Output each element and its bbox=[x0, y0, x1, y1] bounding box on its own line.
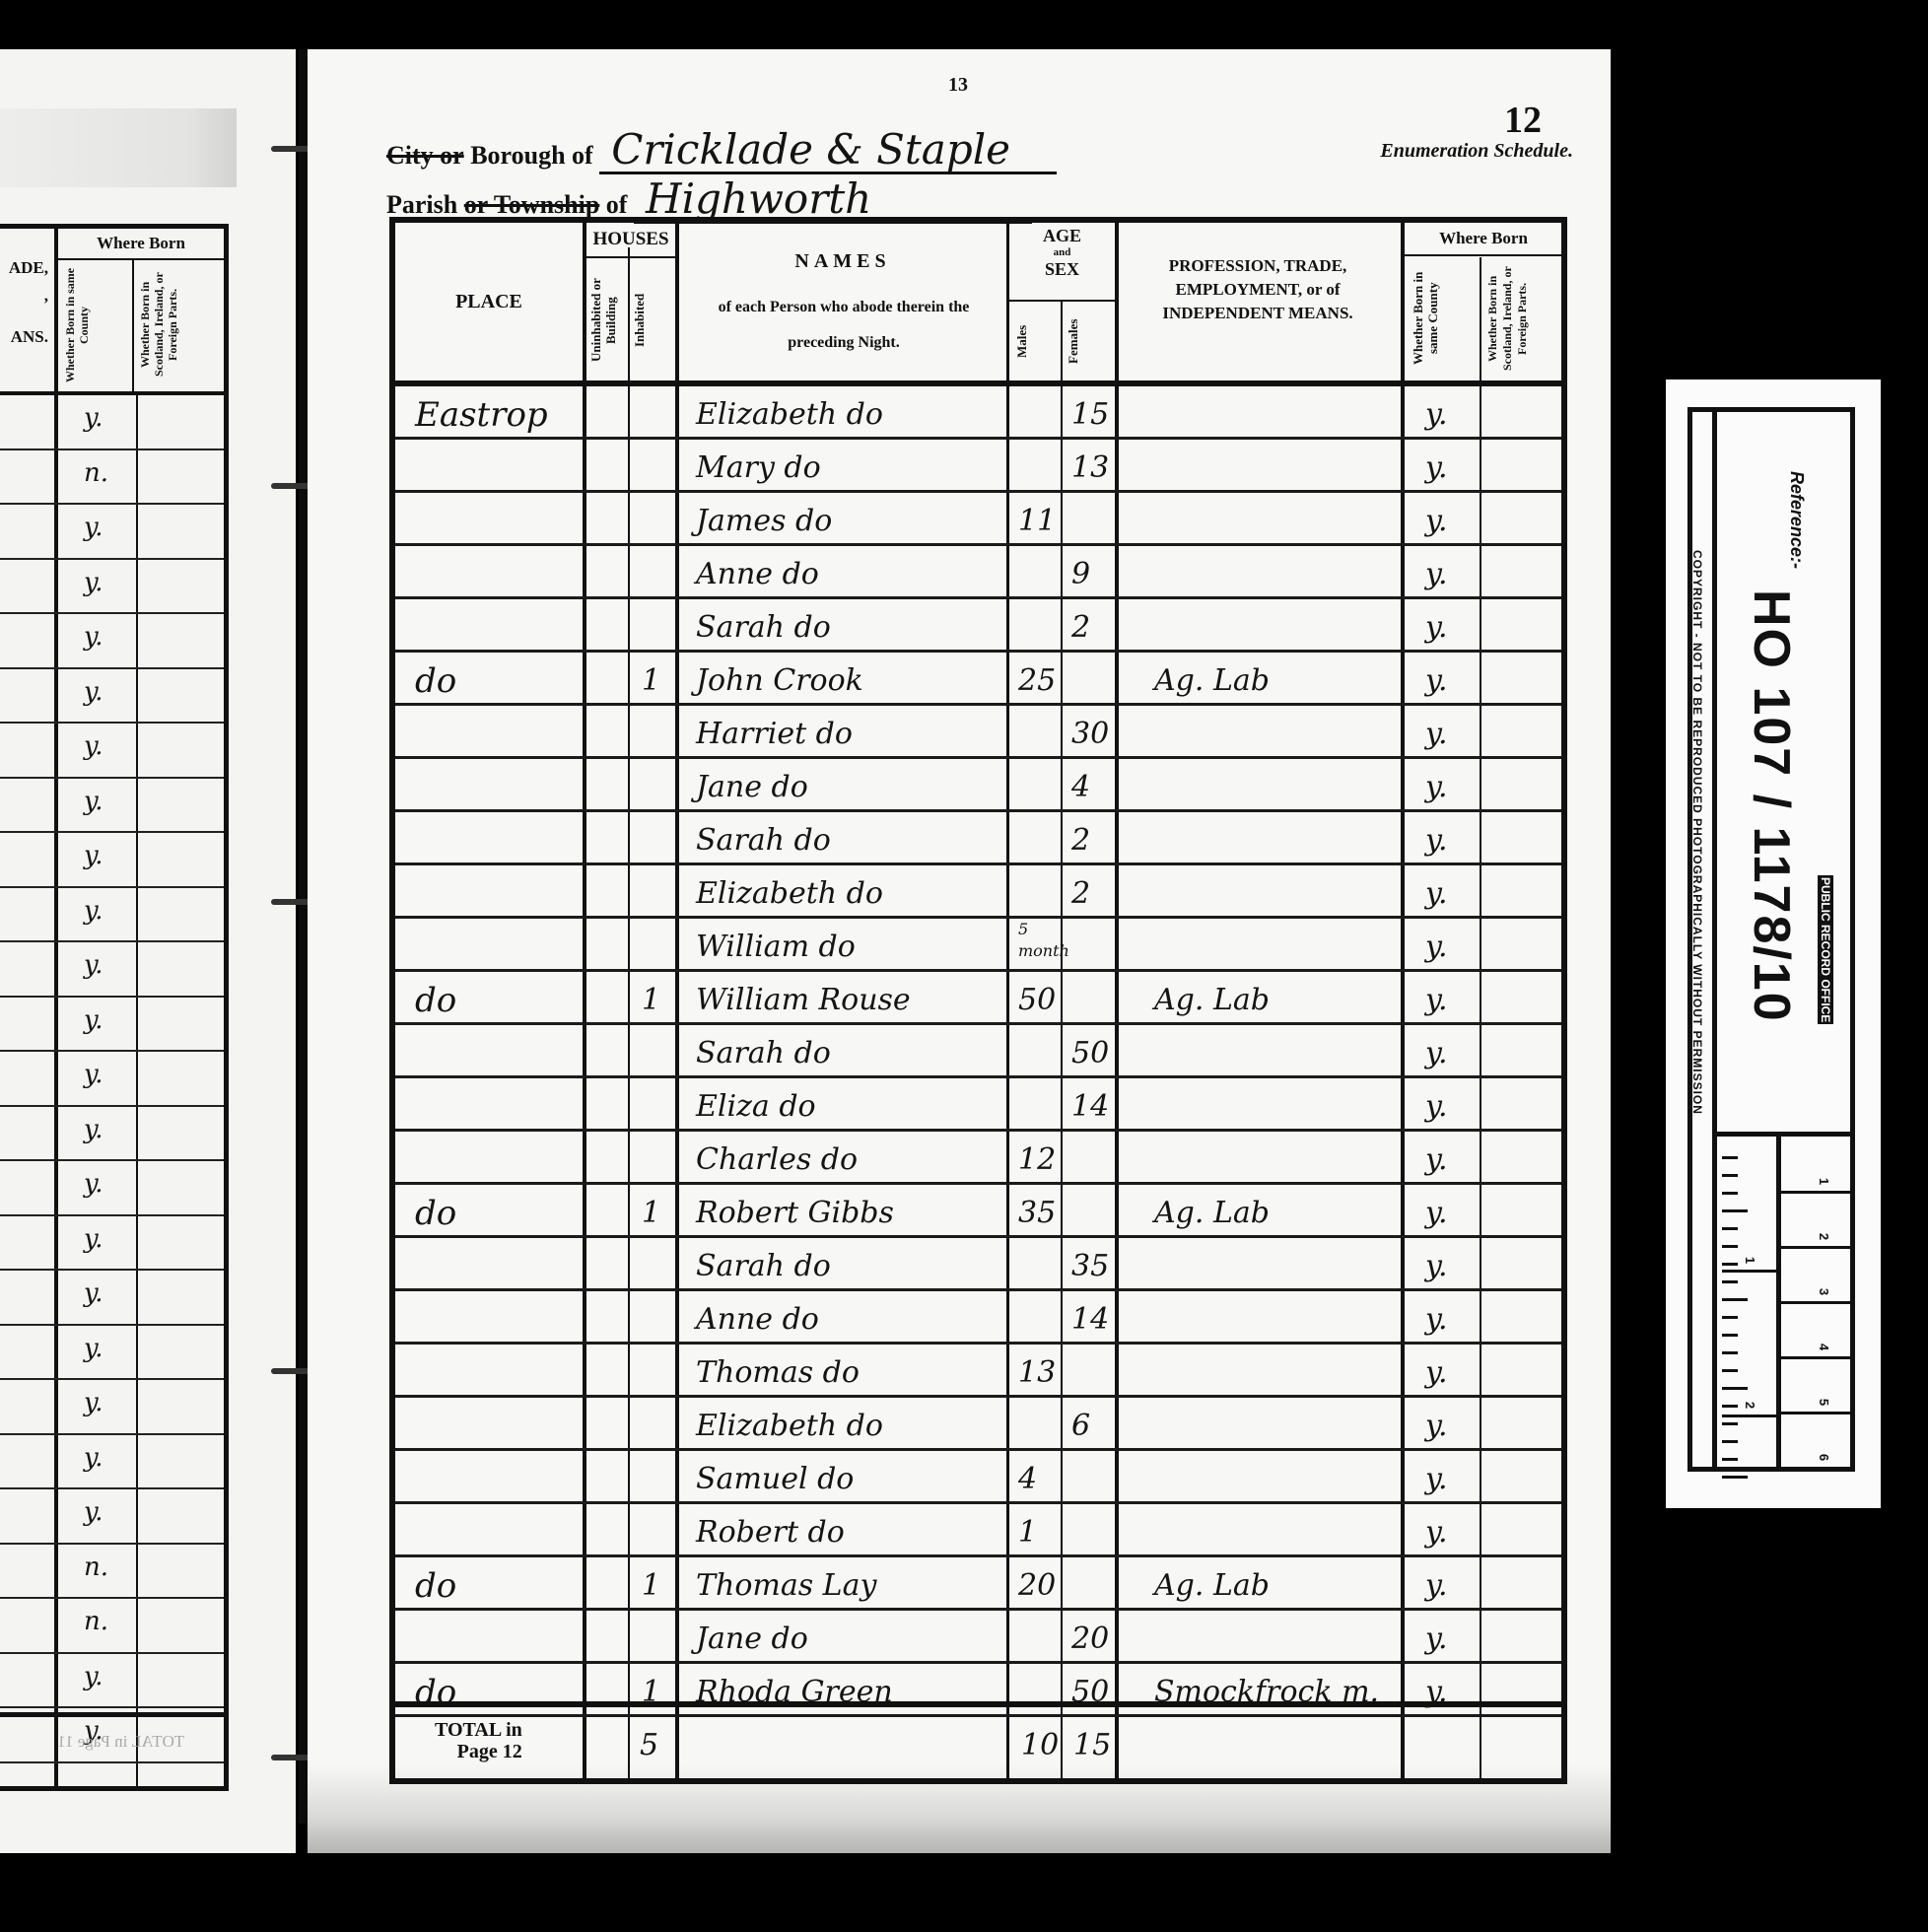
copyright-notice: COPYRIGHT - NOT TO BE REPRODUCED PHOTOGR… bbox=[1690, 550, 1704, 1115]
born-in-county-cell: y. bbox=[1425, 706, 1448, 759]
ruler-tick bbox=[1722, 1440, 1738, 1443]
born-in-county-value: y. bbox=[84, 731, 103, 761]
previous-page-row: n. bbox=[0, 450, 224, 506]
table-row: Sarah do50y. bbox=[395, 1025, 1561, 1078]
place-cell: Eastrop bbox=[415, 386, 548, 440]
ruler-cm-mark: 1 bbox=[1817, 1178, 1831, 1185]
male-age-cell: 1 bbox=[1018, 1504, 1037, 1557]
female-age-cell: 35 bbox=[1071, 1238, 1109, 1291]
name-cell: William do bbox=[696, 919, 856, 972]
enumeration-table: PLACE HOUSES Uninhabited or Building Inh… bbox=[389, 217, 1567, 1784]
previous-page-row: y. bbox=[0, 1326, 224, 1381]
struck-township-label: or Township bbox=[464, 190, 600, 219]
born-in-county-cell: y. bbox=[1425, 440, 1448, 493]
inhabited-cell: 1 bbox=[642, 1557, 660, 1611]
born-in-county-cell: y. bbox=[1425, 1078, 1448, 1132]
born-in-county-cell: y. bbox=[1425, 1025, 1448, 1078]
table-row: Thomas do13y. bbox=[395, 1345, 1561, 1398]
female-age-cell: 2 bbox=[1071, 812, 1090, 865]
born-in-county-cell: y. bbox=[1425, 1132, 1448, 1185]
name-cell: Elizabeth do bbox=[696, 386, 883, 440]
table-row: James do11y. bbox=[395, 493, 1561, 546]
born-in-county-value: y. bbox=[84, 513, 103, 542]
table-row: do1John Crook25Ag. Laby. bbox=[395, 653, 1561, 706]
previous-page-row: y. bbox=[0, 1216, 224, 1272]
previous-page-row: y. bbox=[0, 505, 224, 560]
born-in-county-cell: y. bbox=[1425, 759, 1448, 812]
female-age-cell: 4 bbox=[1071, 759, 1090, 812]
table-row: Elizabeth do2y. bbox=[395, 865, 1561, 919]
name-cell: Eliza do bbox=[696, 1078, 816, 1132]
table-row: Samuel do4y. bbox=[395, 1451, 1561, 1504]
record-office-label: PUBLIC RECORD OFFICE bbox=[1818, 875, 1833, 1024]
profession-cell: Ag. Lab bbox=[1154, 1185, 1270, 1238]
born-in-county-value: y. bbox=[84, 950, 103, 980]
reference-code: HO 107 / 1178/10 bbox=[1742, 589, 1801, 1023]
table-row: William do5 monthy. bbox=[395, 919, 1561, 972]
born-in-county-cell: y. bbox=[1425, 919, 1448, 972]
previous-page-row: y. bbox=[0, 1380, 224, 1435]
previous-page-row: y. bbox=[0, 614, 224, 669]
born-in-county-value: y. bbox=[84, 1115, 103, 1144]
born-in-county-value: y. bbox=[84, 622, 103, 652]
previous-page-row: n. bbox=[0, 1599, 224, 1654]
same-county-header: Whether Born in same County bbox=[63, 258, 134, 391]
male-age-cell: 35 bbox=[1018, 1185, 1056, 1238]
inhabited-cell: 1 bbox=[642, 1185, 660, 1238]
borough-label: Borough of bbox=[470, 141, 593, 170]
ruler-tick bbox=[1722, 1209, 1748, 1212]
male-age-cell: 12 bbox=[1018, 1132, 1056, 1185]
table-row: Anne do14y. bbox=[395, 1291, 1561, 1345]
total-inhabited: 5 bbox=[640, 1717, 658, 1770]
bleed-through-text bbox=[0, 108, 237, 187]
borough-value: Cricklade & Staple bbox=[599, 128, 1057, 174]
previous-page-table: ADE, , ANS. Where Born Whether Born in s… bbox=[0, 224, 229, 1791]
folio-stamp: 13 bbox=[948, 74, 968, 97]
ruler-tick bbox=[1722, 1458, 1738, 1461]
name-cell: Sarah do bbox=[696, 1238, 831, 1291]
measurement-ruler: 12345612 bbox=[1717, 1132, 1850, 1467]
name-cell: Elizabeth do bbox=[696, 1398, 883, 1451]
previous-page-row: y. bbox=[0, 1107, 224, 1162]
table-row: Elizabeth do6y. bbox=[395, 1398, 1561, 1451]
total-label: TOTAL in Page 12 bbox=[435, 1719, 522, 1762]
struck-city-label: City or bbox=[386, 141, 464, 170]
ruler-tick bbox=[1722, 1245, 1738, 1248]
inhabited-cell: 1 bbox=[642, 653, 660, 706]
truncated-header-2: , bbox=[44, 286, 48, 306]
table-row: Charles do12y. bbox=[395, 1132, 1561, 1185]
table-row: do1William Rouse50Ag. Laby. bbox=[395, 972, 1561, 1025]
previous-page-row: y. bbox=[0, 1654, 224, 1709]
female-age-cell: 2 bbox=[1071, 865, 1090, 919]
table-row: Jane do4y. bbox=[395, 759, 1561, 812]
previous-page-row: y. bbox=[0, 395, 224, 450]
reference-label: Reference:- bbox=[1786, 471, 1807, 569]
schedule-label: Enumeration Schedule. bbox=[1380, 140, 1573, 163]
female-age-cell: 6 bbox=[1071, 1398, 1090, 1451]
born-in-county-value: y. bbox=[84, 1334, 103, 1363]
male-age-cell: 11 bbox=[1018, 493, 1056, 546]
born-in-county-cell: y. bbox=[1425, 599, 1448, 653]
previous-page-row: y. bbox=[0, 833, 224, 888]
born-in-county-cell: y. bbox=[1425, 653, 1448, 706]
born-in-county-value: y. bbox=[84, 787, 103, 816]
table-row: Harriet do30y. bbox=[395, 706, 1561, 759]
name-cell: Sarah do bbox=[696, 1025, 831, 1078]
born-in-county-value: y. bbox=[84, 1060, 103, 1089]
previous-page-row: y. bbox=[0, 724, 224, 779]
female-age-cell: 50 bbox=[1071, 1025, 1109, 1078]
name-cell: Thomas Lay bbox=[696, 1557, 876, 1611]
previous-page-row: y. bbox=[0, 779, 224, 834]
previous-page-row: y. bbox=[0, 1271, 224, 1326]
ruler-tick bbox=[1722, 1192, 1738, 1195]
previous-page-header: ADE, , ANS. Where Born Whether Born in s… bbox=[0, 229, 224, 395]
table-row: Sarah do35y. bbox=[395, 1238, 1561, 1291]
ruler-tick bbox=[1722, 1174, 1738, 1177]
born-in-county-value: y. bbox=[84, 1005, 103, 1035]
female-age-cell: 14 bbox=[1071, 1078, 1109, 1132]
born-in-county-cell: y. bbox=[1425, 1451, 1448, 1504]
mirrored-total-label: TOTAL in Page 11 bbox=[0, 1712, 224, 1786]
previous-page-row: y. bbox=[0, 888, 224, 943]
previous-page-row: y. bbox=[0, 1161, 224, 1216]
ruler-tick bbox=[1722, 1351, 1738, 1354]
ruler-inch-mark: 1 bbox=[1743, 1257, 1757, 1264]
male-age-cell: 20 bbox=[1018, 1557, 1056, 1611]
total-females: 15 bbox=[1073, 1717, 1111, 1770]
name-cell: Samuel do bbox=[696, 1451, 854, 1504]
borough-line: City or Borough of Cricklade & Staple bbox=[386, 128, 1057, 174]
ruler-tick bbox=[1722, 1387, 1748, 1390]
male-age-cell: 25 bbox=[1018, 653, 1056, 706]
name-cell: Jane do bbox=[696, 1611, 808, 1664]
born-in-county-cell: y. bbox=[1425, 1611, 1448, 1664]
born-in-county-value: y. bbox=[84, 1169, 103, 1199]
ruler-tick bbox=[1722, 1156, 1738, 1159]
previous-page-row: y. bbox=[0, 560, 224, 615]
female-age-cell: 30 bbox=[1071, 706, 1109, 759]
uninhabited-header: Uninhabited or Building bbox=[588, 266, 626, 375]
previous-page-row: y. bbox=[0, 1052, 224, 1107]
total-males: 10 bbox=[1021, 1717, 1059, 1770]
truncated-header-1: ADE, bbox=[9, 258, 48, 278]
born-in-county-cell: y. bbox=[1425, 1398, 1448, 1451]
born-in-county-value: y. bbox=[84, 896, 103, 926]
table-row: Sarah do2y. bbox=[395, 812, 1561, 865]
table-row: Robert do1y. bbox=[395, 1504, 1561, 1557]
profession-cell: Ag. Lab bbox=[1154, 653, 1270, 706]
born-in-county-cell: y. bbox=[1425, 1345, 1448, 1398]
truncated-header-3: ANS. bbox=[11, 327, 48, 347]
same-county-header: Whether Born in same County bbox=[1411, 262, 1476, 375]
place-cell: do bbox=[415, 1557, 456, 1611]
female-age-cell: 9 bbox=[1071, 546, 1090, 599]
ruler-tick bbox=[1722, 1298, 1748, 1301]
born-in-county-cell: y. bbox=[1425, 1185, 1448, 1238]
born-in-county-value: y. bbox=[84, 568, 103, 597]
previous-page-row: y. bbox=[0, 998, 224, 1053]
female-age-cell: 20 bbox=[1071, 1611, 1109, 1664]
ruler-tick bbox=[1722, 1280, 1738, 1283]
born-in-county-value: n. bbox=[84, 1552, 108, 1582]
page-number: 12 bbox=[1504, 99, 1542, 142]
name-cell: Charles do bbox=[696, 1132, 858, 1185]
born-in-county-cell: y. bbox=[1425, 972, 1448, 1025]
name-cell: James do bbox=[696, 493, 832, 546]
male-age-cell: 50 bbox=[1018, 972, 1056, 1025]
ruler-cm-mark: 4 bbox=[1817, 1344, 1831, 1350]
table-row: EastropElizabeth do15y. bbox=[395, 386, 1561, 440]
parish-label: Parish bbox=[386, 190, 457, 219]
female-age-cell: 14 bbox=[1071, 1291, 1109, 1345]
ruler-tick bbox=[1722, 1405, 1738, 1408]
houses-header: HOUSES bbox=[586, 223, 675, 258]
male-age-cell: 13 bbox=[1018, 1345, 1056, 1398]
born-in-county-value: y. bbox=[84, 1388, 103, 1417]
table-row: do1Thomas Lay20Ag. Laby. bbox=[395, 1557, 1561, 1611]
born-in-county-value: y. bbox=[84, 677, 103, 707]
table-row: Mary do13y. bbox=[395, 440, 1561, 493]
table-row: Eliza do14y. bbox=[395, 1078, 1561, 1132]
previous-page-fragment: ADE, , ANS. Where Born Whether Born in s… bbox=[0, 49, 296, 1853]
born-in-county-cell: y. bbox=[1425, 865, 1448, 919]
born-in-county-value: y. bbox=[84, 1443, 103, 1473]
previous-page-row: y. bbox=[0, 1435, 224, 1490]
females-header: Females bbox=[1066, 311, 1111, 371]
previous-page-rows: y.n.y.y.y.y.y.y.y.y.y.y.y.y.y.y.y.y.y.y.… bbox=[0, 395, 224, 1717]
ruler-tick bbox=[1722, 1227, 1738, 1230]
ruler-tick bbox=[1722, 1369, 1738, 1372]
table-row: Sarah do2y. bbox=[395, 599, 1561, 653]
place-header: PLACE bbox=[395, 223, 583, 380]
name-cell: Robert do bbox=[696, 1504, 845, 1557]
previous-page-row: y. bbox=[0, 942, 224, 998]
inhabited-cell: 1 bbox=[642, 972, 660, 1025]
ruler-tick bbox=[1722, 1422, 1738, 1425]
born-in-county-value: y. bbox=[84, 1497, 103, 1527]
sex-header: SEX bbox=[1009, 260, 1115, 302]
born-in-county-value: y. bbox=[84, 403, 103, 433]
where-born-header: Where Born bbox=[1405, 223, 1562, 256]
name-cell: Anne do bbox=[696, 1291, 819, 1345]
born-in-county-cell: y. bbox=[1425, 1557, 1448, 1611]
table-row: Jane do20y. bbox=[395, 1611, 1561, 1664]
male-age-cell: 4 bbox=[1018, 1451, 1037, 1504]
profession-cell: Ag. Lab bbox=[1154, 972, 1270, 1025]
ruler-tick bbox=[1722, 1476, 1748, 1479]
name-cell: Jane do bbox=[696, 759, 808, 812]
males-header: Males bbox=[1014, 311, 1058, 371]
born-in-county-value: y. bbox=[84, 1224, 103, 1254]
table-row: Anne do9y. bbox=[395, 546, 1561, 599]
name-cell: Anne do bbox=[696, 546, 819, 599]
born-in-county-cell: y. bbox=[1425, 386, 1448, 440]
ruler-tick bbox=[1722, 1263, 1738, 1266]
census-page: 13 City or Borough of Cricklade & Staple… bbox=[308, 49, 1611, 1853]
table-row: do1Robert Gibbs35Ag. Laby. bbox=[395, 1185, 1561, 1238]
place-cell: do bbox=[415, 653, 456, 706]
born-in-county-cell: y. bbox=[1425, 546, 1448, 599]
name-cell: Elizabeth do bbox=[696, 865, 883, 919]
name-cell: Sarah do bbox=[696, 599, 831, 653]
previous-page-row: y. bbox=[0, 669, 224, 724]
female-age-cell: 2 bbox=[1071, 599, 1090, 653]
ruler-cm-mark: 2 bbox=[1817, 1233, 1831, 1240]
foreign-parts-header: Whether Born in Scotland, Ireland, or Fo… bbox=[1485, 262, 1554, 375]
name-cell: William Rouse bbox=[696, 972, 911, 1025]
born-in-county-value: n. bbox=[84, 1607, 108, 1636]
name-cell: Harriet do bbox=[696, 706, 853, 759]
archive-reference-card: Reference:- HO 107 / 1178/10 COPYRIGHT -… bbox=[1666, 379, 1881, 1508]
name-cell: Mary do bbox=[696, 440, 821, 493]
name-cell: Robert Gibbs bbox=[696, 1185, 894, 1238]
ruler-cm-mark: 5 bbox=[1817, 1399, 1831, 1406]
female-age-cell: 15 bbox=[1071, 386, 1109, 440]
born-in-county-value: y. bbox=[84, 1278, 103, 1308]
born-in-county-value: y. bbox=[84, 1662, 103, 1691]
female-age-cell: 13 bbox=[1071, 440, 1109, 493]
ruler-inch-mark: 2 bbox=[1743, 1402, 1757, 1409]
profession-cell: Ag. Lab bbox=[1154, 1557, 1270, 1611]
ruler-cm-mark: 3 bbox=[1817, 1288, 1831, 1295]
born-in-county-cell: y. bbox=[1425, 1238, 1448, 1291]
born-in-county-cell: y. bbox=[1425, 1504, 1448, 1557]
born-in-county-cell: y. bbox=[1425, 1291, 1448, 1345]
ruler-tick bbox=[1722, 1334, 1738, 1337]
place-cell: do bbox=[415, 972, 456, 1025]
previous-page-row: y. bbox=[0, 1489, 224, 1545]
name-cell: John Crook bbox=[696, 653, 863, 706]
ruler-cm-mark: 6 bbox=[1817, 1454, 1831, 1461]
previous-page-row: n. bbox=[0, 1545, 224, 1600]
name-cell: Sarah do bbox=[696, 812, 831, 865]
name-cell: Thomas do bbox=[696, 1345, 860, 1398]
born-in-county-value: y. bbox=[84, 841, 103, 870]
male-age-cell: 5 month bbox=[1018, 919, 1058, 972]
born-in-county-cell: y. bbox=[1425, 812, 1448, 865]
ruler-tick bbox=[1722, 1316, 1738, 1319]
born-in-county-cell: y. bbox=[1425, 493, 1448, 546]
inhabited-header: Inhabited bbox=[632, 266, 673, 375]
parish-of: of bbox=[606, 190, 628, 219]
place-cell: do bbox=[415, 1185, 456, 1238]
born-in-county-value: n. bbox=[84, 458, 108, 488]
where-born-header: Where Born bbox=[58, 229, 224, 260]
total-row: TOTAL in Page 12 5 10 15 bbox=[395, 1701, 1561, 1778]
foreign-header: Whether Born in Scotland, Ireland, or Fo… bbox=[138, 258, 217, 391]
